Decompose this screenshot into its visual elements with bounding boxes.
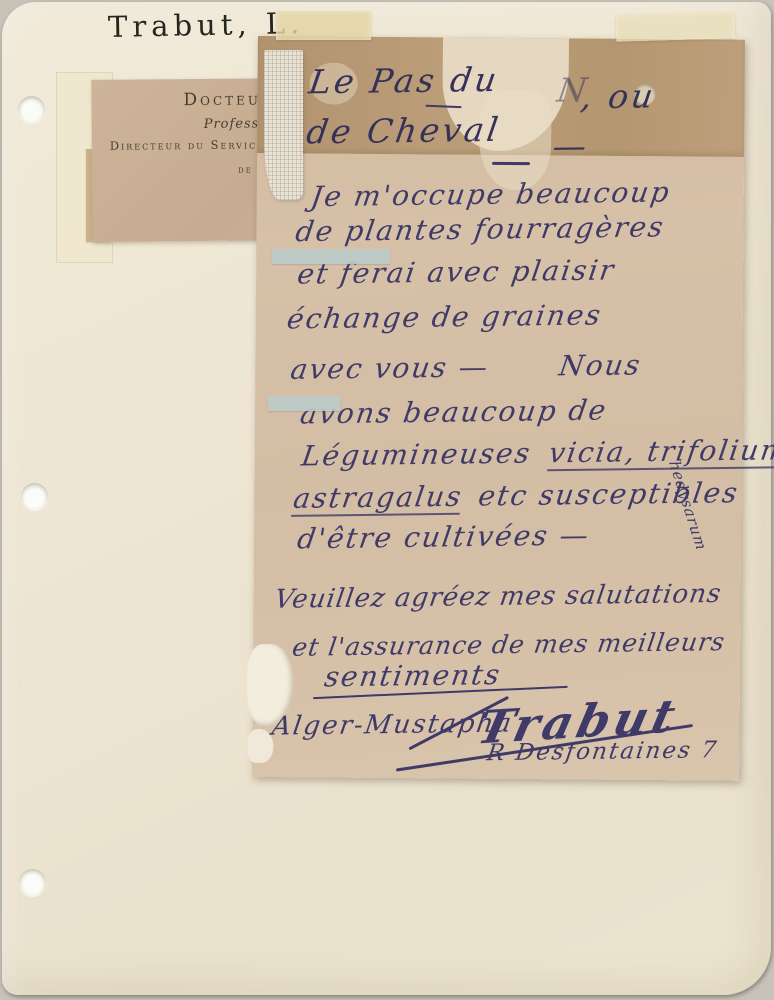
punch-hole-middle [21, 483, 48, 510]
torn-edge-nick [247, 729, 273, 763]
letter-line-part: etc susceptibles [476, 476, 741, 512]
punch-hole-top [18, 96, 45, 123]
underlined-species: vicia, trifolium, [547, 433, 774, 471]
letter-heading-dash: — [550, 126, 592, 165]
closing-line: sentiments [322, 658, 503, 693]
letter-line: avons beaucoup de [298, 394, 610, 431]
underlined-species: astragalus [291, 480, 465, 517]
letter-line: de plantes fourragères [293, 210, 667, 248]
letter-line: Légumineusesvicia, trifolium, [300, 433, 774, 472]
letter-heading-1: Le Pas du [307, 60, 502, 101]
address-line: R Desfontaines 7 [485, 737, 720, 766]
letter-line: d'être cultivées — [295, 519, 592, 556]
ink-dash [492, 162, 530, 165]
letter-line-part: avec vous — [288, 350, 491, 386]
letter-line-part: Légumineuses [300, 437, 534, 473]
cellophane-tape-top-right [616, 11, 736, 41]
punch-hole-bottom [19, 869, 46, 896]
cloth-tape [264, 50, 303, 200]
letter-line-part: Nous [557, 348, 644, 382]
letter-line: avec vous —Nous [288, 348, 643, 386]
blue-tape-strip-lower [268, 396, 340, 411]
letter-line: échange de graines [285, 298, 605, 335]
blue-tape-strip-upper [272, 249, 390, 264]
cellophane-tape-top-left [276, 11, 371, 40]
closing-line: et l'assurance de mes meilleurs [290, 627, 727, 662]
letter-heading-3: de Cheval [304, 110, 503, 151]
card-de: de [238, 164, 253, 176]
closing-line: Veuillez agréez mes salutations [273, 579, 724, 615]
letter-heading-2: , ou [579, 76, 659, 116]
letter-line: Je m'occupe beaucoup [309, 176, 673, 214]
